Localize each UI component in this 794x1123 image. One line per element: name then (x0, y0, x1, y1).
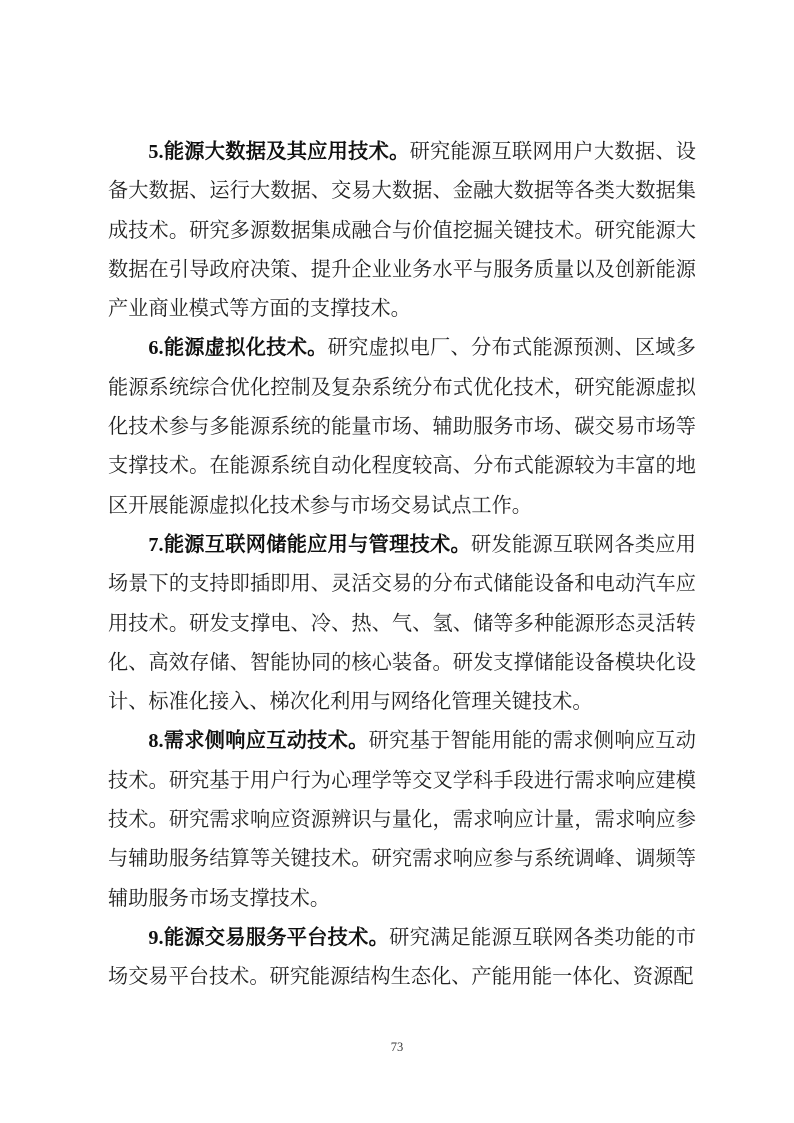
paragraph-7-body: 研发能源互联网各类应用场景下的支持即插即用、灵活交易的分布式储能设备和电动汽车应… (108, 534, 696, 713)
paragraph-9: 9.能源交易服务平台技术。研究满足能源互联网各类功能的市场交易平台技术。研究能源… (108, 919, 696, 998)
paragraph-5-body: 研究能源互联网用户大数据、设备大数据、运行大数据、交易大数据、金融大数据等各类大… (108, 141, 696, 320)
paragraph-8-body: 研究基于智能用能的需求侧响应互动技术。研究基于用户行为心理学等交叉学科手段进行需… (108, 730, 696, 909)
paragraph-6-heading: 6.能源虚拟化技术。 (148, 337, 327, 359)
paragraph-6-body: 研究虚拟电厂、分布式能源预测、区域多能源系统综合优化控制及复杂系统分布式优化技术… (108, 337, 696, 516)
page-number: 73 (0, 1040, 794, 1055)
paragraph-8-heading: 8.需求侧响应互动技术。 (148, 730, 368, 752)
paragraph-7: 7.能源互联网储能应用与管理技术。研发能源互联网各类应用场景下的支持即插即用、灵… (108, 526, 696, 722)
paragraph-7-heading: 7.能源互联网储能应用与管理技术。 (148, 534, 471, 556)
paragraph-6: 6.能源虚拟化技术。研究虚拟电厂、分布式能源预测、区域多能源系统综合优化控制及复… (108, 329, 696, 525)
paragraph-5-heading: 5.能源大数据及其应用技术。 (148, 141, 409, 163)
document-page: 5.能源大数据及其应用技术。研究能源互联网用户大数据、设备大数据、运行大数据、交… (0, 0, 794, 1123)
paragraph-5: 5.能源大数据及其应用技术。研究能源互联网用户大数据、设备大数据、运行大数据、交… (108, 133, 696, 329)
paragraph-9-heading: 9.能源交易服务平台技术。 (148, 927, 389, 949)
text-block: 5.能源大数据及其应用技术。研究能源互联网用户大数据、设备大数据、运行大数据、交… (108, 133, 696, 998)
paragraph-8: 8.需求侧响应互动技术。研究基于智能用能的需求侧响应互动技术。研究基于用户行为心… (108, 722, 696, 918)
